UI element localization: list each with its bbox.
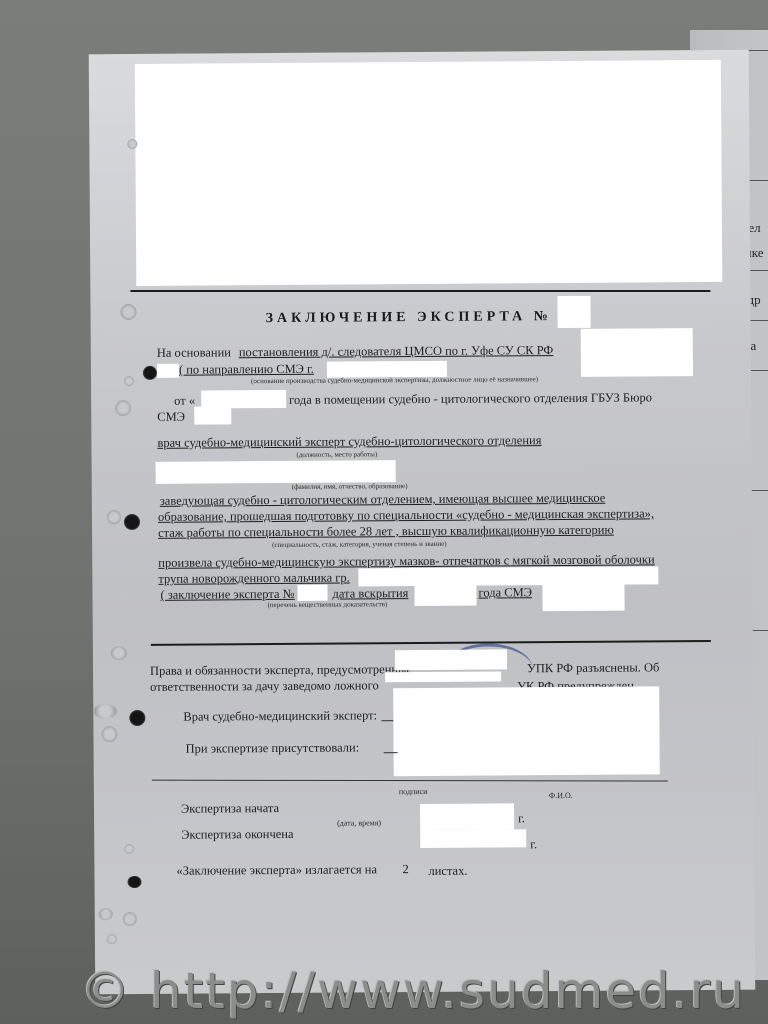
redaction-small bbox=[157, 364, 179, 378]
punch-hole bbox=[123, 912, 137, 926]
punch-hole bbox=[127, 139, 137, 149]
redaction-article bbox=[395, 649, 507, 670]
rights-line1-a: Права и обязанности эксперта, предусмотр… bbox=[150, 662, 412, 679]
qualification-line1: заведующая судебно - цитологическим отде… bbox=[160, 491, 606, 509]
punch-hole bbox=[129, 710, 145, 726]
position-caption: (должность, место работы) bbox=[297, 450, 378, 459]
punch-hole bbox=[107, 510, 121, 524]
basis-caption: (основание производства судебно-медицинс… bbox=[251, 375, 538, 385]
ended-year-suffix: г. bbox=[530, 837, 537, 852]
redaction-sme bbox=[542, 581, 624, 612]
basis-label: На основании bbox=[157, 345, 231, 361]
qualification-line3: стаж работы по специальности более 28 ле… bbox=[158, 523, 614, 541]
evidence-caption: (перечень вещественных доказательств) bbox=[268, 600, 388, 609]
redaction-autopsy-date bbox=[414, 582, 476, 606]
qualification-caption: (специальность, стаж, категория, ученая … bbox=[272, 540, 446, 549]
punch-hole bbox=[124, 376, 134, 386]
punch-hole bbox=[143, 366, 157, 380]
signatures-caption: подписи bbox=[399, 787, 428, 796]
started-year-suffix: г. bbox=[518, 811, 525, 826]
punch-hole bbox=[101, 726, 117, 742]
started-label: Экспертиза начата bbox=[181, 801, 279, 817]
basis-value: постановления д/. следователя ЦМСО по г.… bbox=[239, 343, 554, 360]
punch-hole bbox=[124, 514, 140, 530]
expertise-line3-c: года СМЭ bbox=[478, 585, 532, 600]
redaction-investigator bbox=[581, 328, 693, 377]
redaction-signatures bbox=[393, 686, 660, 776]
rights-line2-a: ответственности за дачу заведомо ложного bbox=[150, 678, 379, 695]
document-sheet: ЗАКЛЮЧЕНИЕ ЭКСПЕРТА № На основании поста… bbox=[89, 50, 756, 995]
punch-hole bbox=[93, 704, 117, 718]
expertise-line3-b: дата вскрытия bbox=[332, 586, 408, 602]
redaction-start-date bbox=[420, 803, 514, 830]
date-line-text: года в помещении судебно - цитологическо… bbox=[289, 390, 652, 408]
redaction-bureau bbox=[194, 406, 231, 424]
signature-divider bbox=[152, 780, 668, 782]
basis-line2: ( по направлению СМЭ г. bbox=[179, 362, 314, 378]
expert-signature-label: Врач судебно-медицинский эксперт: bbox=[183, 708, 377, 724]
redaction-name bbox=[156, 460, 396, 484]
rights-line1-b: УПК РФ разъяснены. Об bbox=[527, 660, 659, 676]
datetime-caption: (дата, время) bbox=[337, 818, 381, 827]
punch-hole bbox=[99, 908, 113, 920]
watermark: © http://www.sudmed.ru bbox=[80, 962, 746, 1020]
present-line bbox=[384, 752, 398, 753]
present-label: При экспертизе присутствовали: bbox=[186, 740, 360, 756]
punch-hole bbox=[111, 646, 127, 660]
section-divider bbox=[151, 640, 711, 646]
punch-hole bbox=[107, 934, 117, 944]
punch-hole bbox=[120, 304, 136, 320]
document-title: ЗАКЛЮЧЕНИЕ ЭКСПЕРТА № bbox=[266, 309, 552, 327]
punch-hole bbox=[115, 400, 131, 416]
redaction-header bbox=[135, 60, 723, 286]
fio-caption: Ф.И.О. bbox=[549, 791, 573, 800]
redaction-conclusion-number bbox=[297, 585, 327, 601]
expert-position: врач судебно-медицинский эксперт судебно… bbox=[157, 433, 541, 451]
ended-label: Экспертиза окончена bbox=[181, 827, 293, 843]
pages-text-a: «Заключение эксперта» излагается на bbox=[176, 862, 377, 878]
name-caption: (фамилия, имя, отчество, образование) bbox=[292, 482, 408, 491]
pages-count: 2 bbox=[402, 862, 408, 877]
date-line2: СМЭ bbox=[157, 410, 185, 425]
redaction-end-date bbox=[420, 829, 526, 848]
pages-text-b: листах. bbox=[428, 864, 467, 879]
redaction-article-2 bbox=[385, 671, 501, 682]
date-prefix: от « bbox=[174, 394, 195, 409]
punch-hole bbox=[127, 876, 141, 888]
redaction-number bbox=[557, 296, 590, 328]
punch-hole bbox=[124, 844, 134, 854]
header-divider bbox=[130, 290, 710, 292]
